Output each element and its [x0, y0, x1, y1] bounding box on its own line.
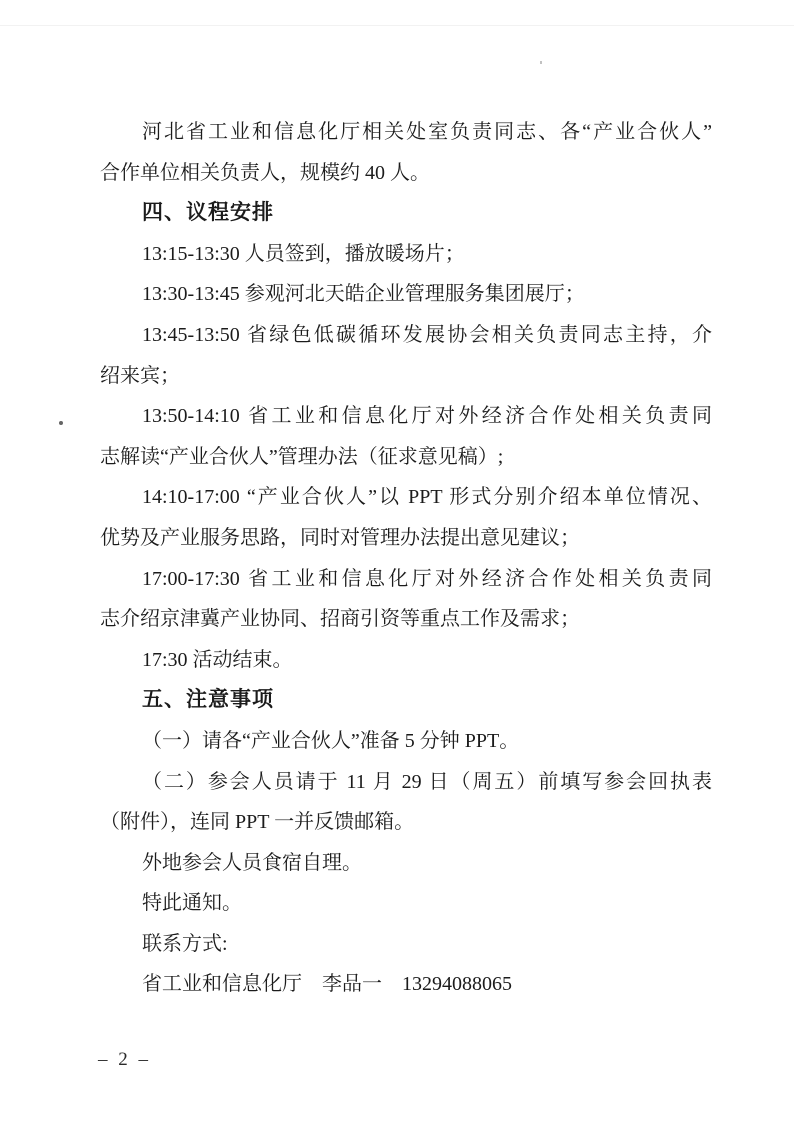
agenda-item-1345-line-1: 13:45-13:50 省绿色低碳循环发展协会相关负责同志主持，介	[100, 315, 712, 356]
agenda-item-1315: 13:15-13:30 人员签到，播放暖场片；	[100, 234, 712, 275]
heading-section-4-agenda: 四、议程安排	[100, 193, 712, 234]
document-body: 河北省工业和信息化厅相关处室负责同志、各“产业合伙人” 合作单位相关负责人，规模…	[100, 112, 712, 1005]
agenda-item-1350-line-1: 13:50-14:10 省工业和信息化厅对外经济合作处相关负责同	[100, 396, 712, 437]
agenda-item-1410-line-2: 优势及产业服务思路，同时对管理办法提出意见建议；	[100, 518, 712, 559]
note-item-2-line-2: （附件），连同 PPT 一并反馈邮箱。	[100, 802, 712, 843]
agenda-item-1350-line-2: 志解读“产业合伙人”管理办法（征求意见稿）;	[100, 437, 712, 478]
heading-section-5-notes: 五、注意事项	[100, 680, 712, 721]
notice-closing: 特此通知。	[100, 883, 712, 924]
agenda-item-1330: 13:30-13:45 参观河北天皓企业管理服务集团展厅；	[100, 274, 712, 315]
agenda-item-1700-line-2: 志介绍京津冀产业协同、招商引资等重点工作及需求；	[100, 599, 712, 640]
note-item-1: （一）请各“产业合伙人”准备 5 分钟 PPT。	[100, 721, 712, 762]
agenda-item-1730: 17:30 活动结束。	[100, 640, 712, 681]
contact-label: 联系方式:	[100, 924, 712, 965]
agenda-item-1345-line-2: 绍来宾；	[100, 356, 712, 397]
note-item-2-line-1: （二）参会人员请于 11 月 29 日（周五）前填写参会回执表	[100, 762, 712, 803]
scan-artifact-line	[0, 25, 794, 26]
stray-ink-dot	[59, 421, 63, 425]
contact-info: 省工业和信息化厅 李品一 13294088065	[100, 964, 712, 1005]
scan-artifact-speck	[540, 61, 542, 64]
attendees-line-1: 河北省工业和信息化厅相关处室负责同志、各“产业合伙人”	[100, 112, 712, 153]
agenda-item-1410-line-1: 14:10-17:00 “产业合伙人”以 PPT 形式分别介绍本单位情况、	[100, 477, 712, 518]
attendees-line-2: 合作单位相关负责人，规模约 40 人。	[100, 153, 712, 194]
page-number: – 2 –	[98, 1049, 151, 1071]
agenda-item-1700-line-1: 17:00-17:30 省工业和信息化厅对外经济合作处相关负责同	[100, 559, 712, 600]
note-lodging: 外地参会人员食宿自理。	[100, 843, 712, 884]
document-page: 河北省工业和信息化厅相关处室负责同志、各“产业合伙人” 合作单位相关负责人，规模…	[0, 0, 794, 1123]
